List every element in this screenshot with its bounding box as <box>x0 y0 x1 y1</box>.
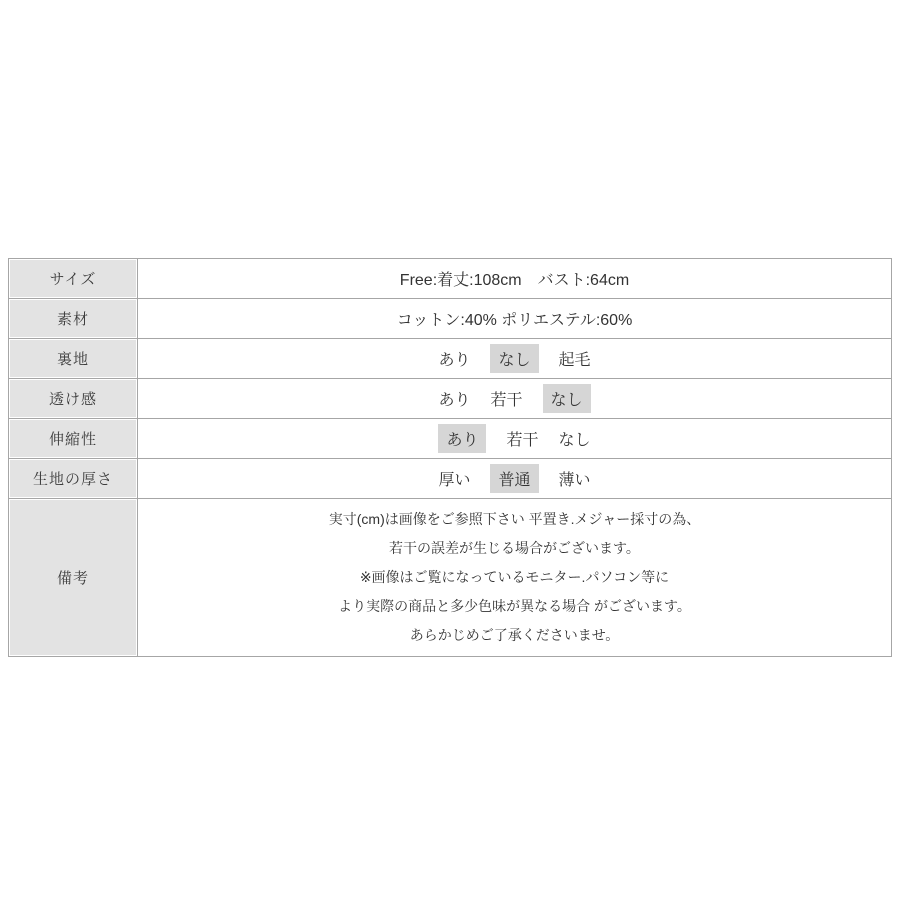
row-value-notes: 実寸(cm)は画像をご参照下さい 平置き.メジャー採寸の為、 若干の誤差が生じる… <box>138 499 892 657</box>
note-line: 実寸(cm)は画像をご参照下さい 平置き.メジャー採寸の為、 <box>148 505 881 534</box>
notes-block: 実寸(cm)は画像をご参照下さい 平置き.メジャー採寸の為、 若干の誤差が生じる… <box>138 499 891 656</box>
row-value-size: Free:着丈:108cm バスト:64cm <box>138 259 892 299</box>
option-value: 厚い <box>438 464 470 493</box>
spec-row-thickness: 生地の厚さ 厚い普通薄い <box>9 459 892 499</box>
product-spec-table: サイズ Free:着丈:108cm バスト:64cm 素材 コットン:40% ポ… <box>8 258 892 657</box>
row-value-lining: ありなし起毛 <box>138 339 892 379</box>
option-value: あり <box>438 424 486 453</box>
row-label-material: 素材 <box>9 299 138 339</box>
note-line: 若干の誤差が生じる場合がございます。 <box>148 534 881 563</box>
spec-row-notes: 備考 実寸(cm)は画像をご参照下さい 平置き.メジャー採寸の為、 若干の誤差が… <box>9 499 892 657</box>
row-label-lining: 裏地 <box>9 339 138 379</box>
spec-row-material: 素材 コットン:40% ポリエステル:60% <box>9 299 892 339</box>
option-value: 普通 <box>490 464 538 493</box>
option-value: あり <box>438 344 470 373</box>
spec-row-size: サイズ Free:着丈:108cm バスト:64cm <box>9 259 892 299</box>
note-line: ※画像はご覧になっているモニター.パソコン等に <box>148 563 881 592</box>
option-value: なし <box>559 424 591 453</box>
option-value: 薄い <box>559 464 591 493</box>
product-spec-page: サイズ Free:着丈:108cm バスト:64cm 素材 コットン:40% ポ… <box>0 0 900 900</box>
option-value: あり <box>438 384 470 413</box>
row-label-thickness: 生地の厚さ <box>9 459 138 499</box>
note-line: より実際の商品と多少色味が異なる場合 がございます。 <box>148 592 881 621</box>
spec-row-lining: 裏地 ありなし起毛 <box>9 339 892 379</box>
spec-row-sheerness: 透け感 あり若干なし <box>9 379 892 419</box>
row-value-thickness: 厚い普通薄い <box>138 459 892 499</box>
row-label-size: サイズ <box>9 259 138 299</box>
row-value-sheerness: あり若干なし <box>138 379 892 419</box>
spec-row-stretch: 伸縮性 あり若干なし <box>9 419 892 459</box>
option-value: 若干 <box>506 424 538 453</box>
option-value: なし <box>490 344 538 373</box>
row-label-notes: 備考 <box>9 499 138 657</box>
option-value: 若干 <box>490 384 522 413</box>
option-value: なし <box>543 384 591 413</box>
note-line: あらかじめご了承くださいませ。 <box>148 621 881 650</box>
row-label-sheerness: 透け感 <box>9 379 138 419</box>
row-label-stretch: 伸縮性 <box>9 419 138 459</box>
option-value: 起毛 <box>559 344 591 373</box>
row-value-stretch: あり若干なし <box>138 419 892 459</box>
row-value-material: コットン:40% ポリエステル:60% <box>138 299 892 339</box>
